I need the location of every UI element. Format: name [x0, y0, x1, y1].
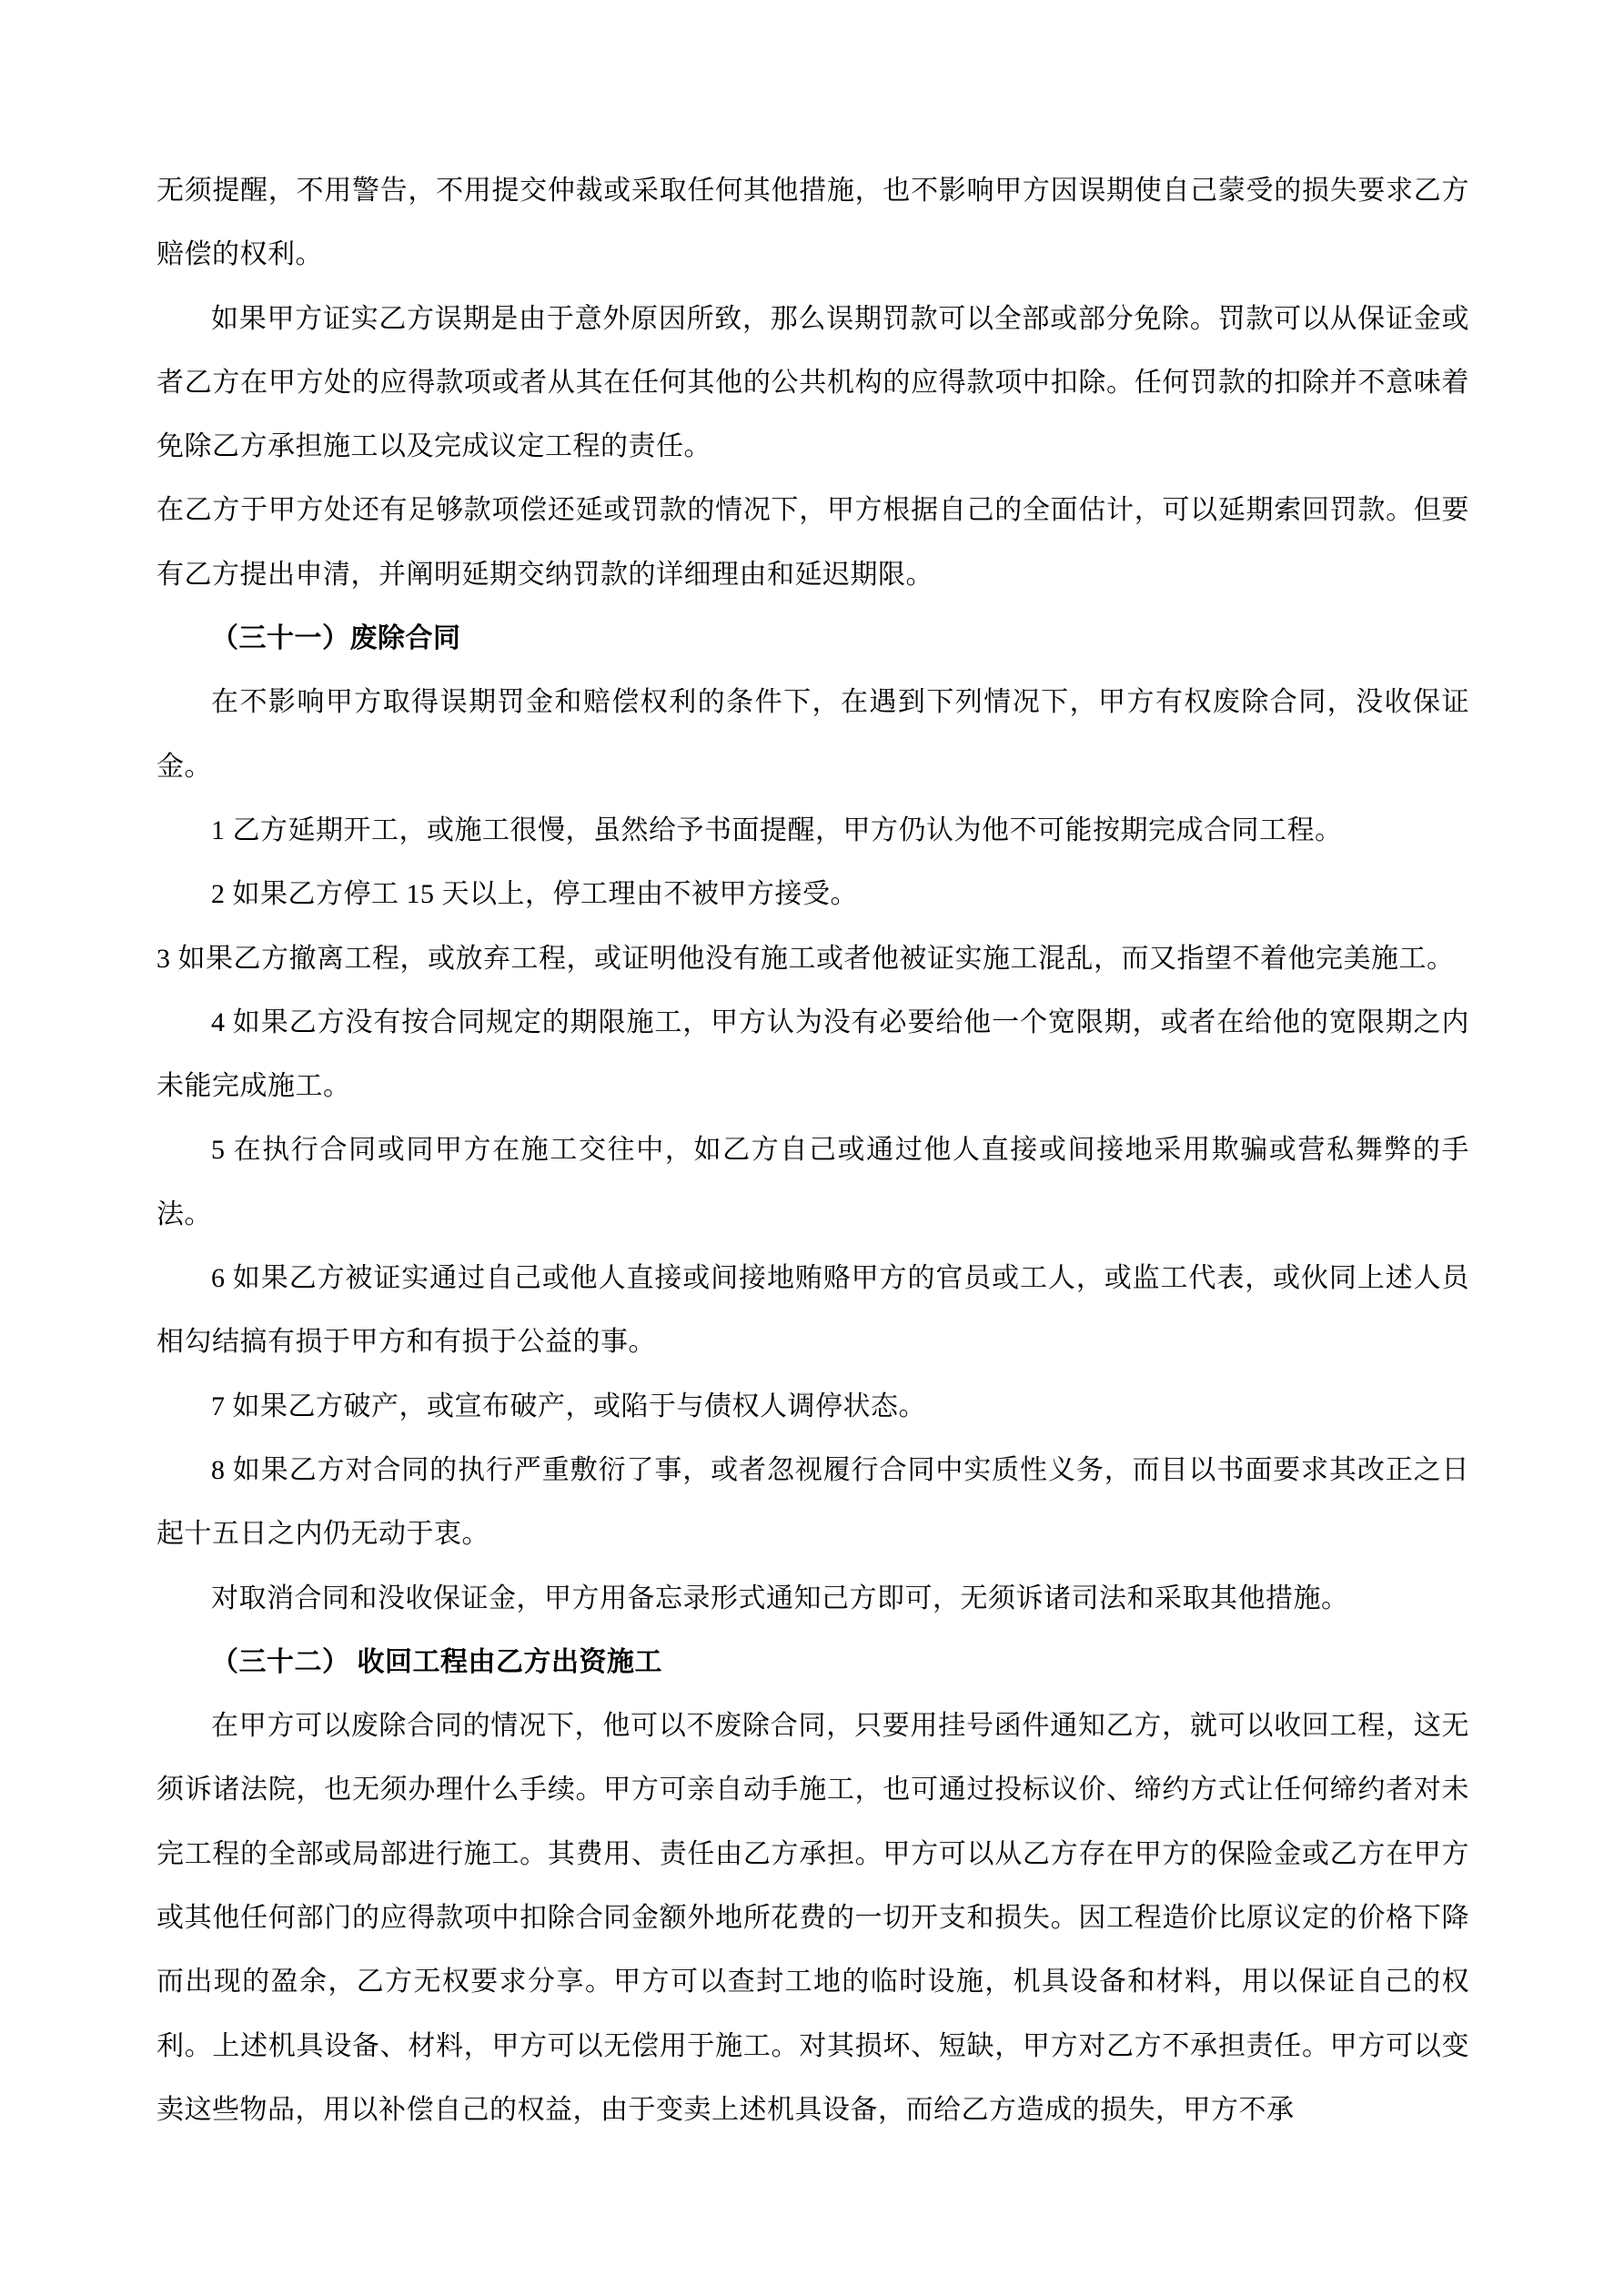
paragraph: 1 乙方延期开工，或施工很慢，虽然给予书面提醒，甲方仍认为他不可能按期完成合同工…	[156, 799, 1469, 863]
paragraph: 3 如果乙方撤离工程，或放弃工程，或证明他没有施工或者他被证实施工混乱，而又指望…	[156, 927, 1469, 991]
paragraph: 在不影响甲方取得误期罚金和赔偿权利的条件下，在遇到下列情况下，甲方有权废除合同，…	[156, 671, 1469, 799]
document-page: 无须提醒，不用警告，不用提交仲裁或采取任何其他措施，也不影响甲方因误期使自己蒙受…	[0, 0, 1624, 2296]
paragraph: 如果甲方证实乙方误期是由于意外原因所致，那么误期罚款可以全部或部分免除。罚款可以…	[156, 288, 1469, 480]
paragraph: 4 如果乙方没有按合同规定的期限施工，甲方认为没有必要给他一个宽限期，或者在给他…	[156, 991, 1469, 1119]
section-heading: （三十二） 收回工程由乙方出资施工	[156, 1631, 1469, 1694]
paragraph: 5 在执行合同或同甲方在施工交往中，如乙方自己或通过他人直接或间接地采用欺骗或营…	[156, 1118, 1469, 1247]
paragraph: 在乙方于甲方处还有足够款项偿还延或罚款的情况下，甲方根据自己的全面估计，可以延期…	[156, 479, 1469, 607]
paragraph: 对取消合同和没收保证金，甲方用备忘录形式通知己方即可，无须诉诸司法和采取其他措施…	[156, 1567, 1469, 1631]
paragraph: 在甲方可以废除合同的情况下，他可以不废除合同，只要用挂号函件通知乙方，就可以收回…	[156, 1694, 1469, 2142]
paragraph: 无须提醒，不用警告，不用提交仲裁或采取任何其他措施，也不影响甲方因误期使自己蒙受…	[156, 159, 1469, 288]
paragraph: 6 如果乙方被证实通过自己或他人直接或间接地贿赂甲方的官员或工人，或监工代表，或…	[156, 1247, 1469, 1375]
paragraph: 8 如果乙方对合同的执行严重敷衍了事，或者忽视履行合同中实质性义务，而目以书面要…	[156, 1439, 1469, 1567]
paragraph: 2 如果乙方停工 15 天以上，停工理由不被甲方接受。	[156, 863, 1469, 926]
section-heading: （三十一）废除合同	[156, 607, 1469, 671]
paragraph: 7 如果乙方破产，或宣布破产，或陷于与债权人调停状态。	[156, 1375, 1469, 1439]
